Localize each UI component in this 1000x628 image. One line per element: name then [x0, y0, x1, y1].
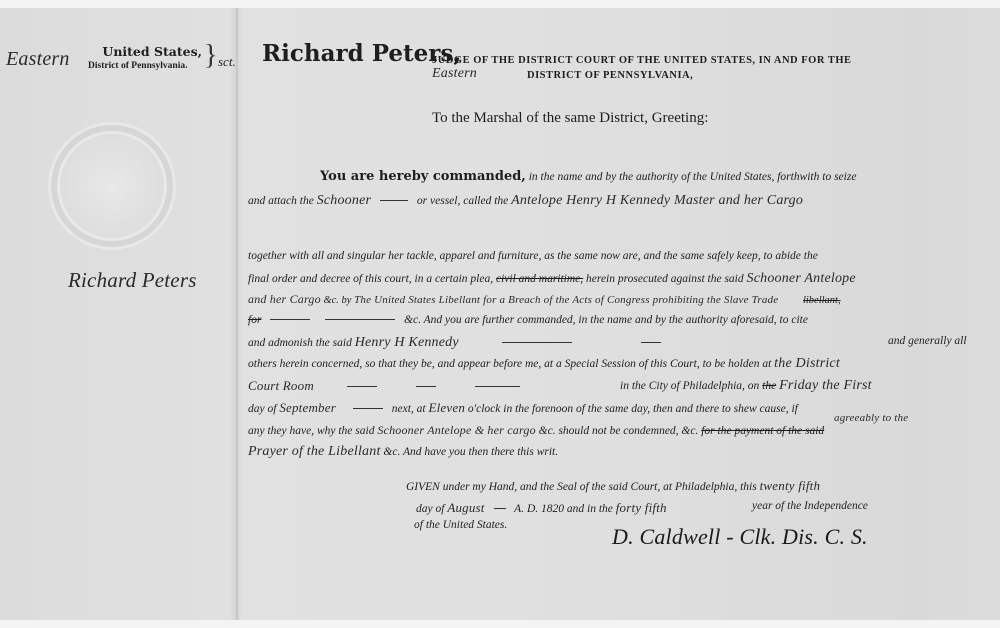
- blank-line: [475, 386, 520, 387]
- command-lead: You are hereby commanded,: [320, 169, 526, 184]
- hand-vessel: Schooner Antelope & her cargo: [377, 423, 535, 437]
- brace: }: [204, 46, 217, 66]
- hand-month: August: [447, 500, 484, 515]
- blank-line: [502, 342, 572, 343]
- hand-insert: agreeably to the: [834, 412, 908, 424]
- struck-text: civil and maritime,: [496, 273, 583, 285]
- struck-text: for: [248, 314, 261, 326]
- header-district-handwritten: Eastern: [432, 66, 477, 82]
- text: in the City of Philadelphia, on: [620, 380, 759, 392]
- hand-vessel-type: Schooner: [317, 193, 371, 208]
- hand-place: the District: [774, 356, 840, 371]
- hand-day: twenty fifth: [760, 478, 821, 493]
- judge-signature-margin: Richard Peters: [68, 268, 197, 293]
- hand-date: Friday the First: [779, 378, 872, 393]
- blank-line: [325, 319, 395, 320]
- text: next, at: [392, 403, 426, 415]
- hand-hour: Eleven: [428, 400, 465, 415]
- margin-district-handwritten: Eastern: [6, 48, 70, 71]
- text: or vessel, called the: [417, 195, 508, 207]
- blank-line: [416, 386, 436, 387]
- hand-place: Court Room: [248, 378, 314, 393]
- hand-vessel: Schooner Antelope: [747, 271, 856, 286]
- text: o'clock in the forenoon of the same day,…: [468, 403, 798, 415]
- text: final order and decree of this court, in…: [248, 273, 493, 285]
- text: and attach the: [248, 195, 314, 207]
- struck-text: for the payment of the said: [701, 425, 824, 437]
- blank-line: [353, 408, 383, 409]
- blank-line: [347, 386, 377, 387]
- text: GIVEN under my Hand, and the Seal of the…: [406, 481, 757, 493]
- text: day of: [416, 503, 444, 515]
- text: &c. And you are further commanded, in th…: [404, 314, 808, 326]
- command-text: in the name and by the authority of the …: [529, 171, 857, 183]
- blank-line: [494, 508, 506, 509]
- clerk-signature: D. Caldwell - Clk. Dis. C. S.: [612, 524, 868, 550]
- salutation: To the Marshal of the same District, Gre…: [432, 110, 708, 127]
- blank-line: [380, 200, 408, 201]
- text: &c. by: [323, 295, 351, 306]
- hand-year: forty fifth: [616, 500, 667, 515]
- text: of the United States.: [414, 519, 507, 531]
- jurisdiction-line1: United States,: [94, 44, 202, 59]
- hand-master: Henry H Kennedy: [355, 335, 459, 350]
- text: year of the Independence: [752, 500, 868, 512]
- text: &c. should not be condemned, &c.: [539, 425, 699, 437]
- judge-title-line1: JUDGE OF THE DISTRICT COURT OF THE UNITE…: [432, 55, 852, 66]
- paper-fold: [236, 8, 238, 620]
- text: others herein concerned, so that they be…: [248, 358, 771, 370]
- text: any they have, why the said: [248, 425, 374, 437]
- jurisdiction-line2: District of Pennsylvania.: [88, 61, 187, 71]
- hand-vessel-name: Antelope Henry H Kennedy Master and her …: [511, 193, 803, 208]
- blank-line: [270, 319, 310, 320]
- text: and admonish the said: [248, 337, 352, 349]
- body-line-3: together with all and singular her tackl…: [248, 250, 818, 262]
- struck-text: the: [762, 380, 776, 392]
- embossed-seal: [48, 122, 176, 250]
- sct-label: sct.: [218, 54, 236, 70]
- text: and generally all: [888, 335, 967, 347]
- struck-text: libellant,: [803, 295, 841, 306]
- text: herein prosecuted against the said: [586, 273, 744, 285]
- blank-line: [641, 342, 661, 343]
- text: &c. And have you then there this writ.: [383, 446, 558, 458]
- text: A. D. 1820 and in the: [514, 503, 613, 515]
- hand-month: September: [279, 400, 336, 415]
- text: day of: [248, 403, 276, 415]
- hand-prayer: Prayer of the Libellant: [248, 444, 381, 459]
- hand-libellant: The United States Libellant for a Breach…: [354, 294, 778, 306]
- hand-cargo: and her Cargo: [248, 292, 321, 306]
- judge-title-line2: DISTRICT OF PENNSYLVANIA,: [527, 70, 693, 81]
